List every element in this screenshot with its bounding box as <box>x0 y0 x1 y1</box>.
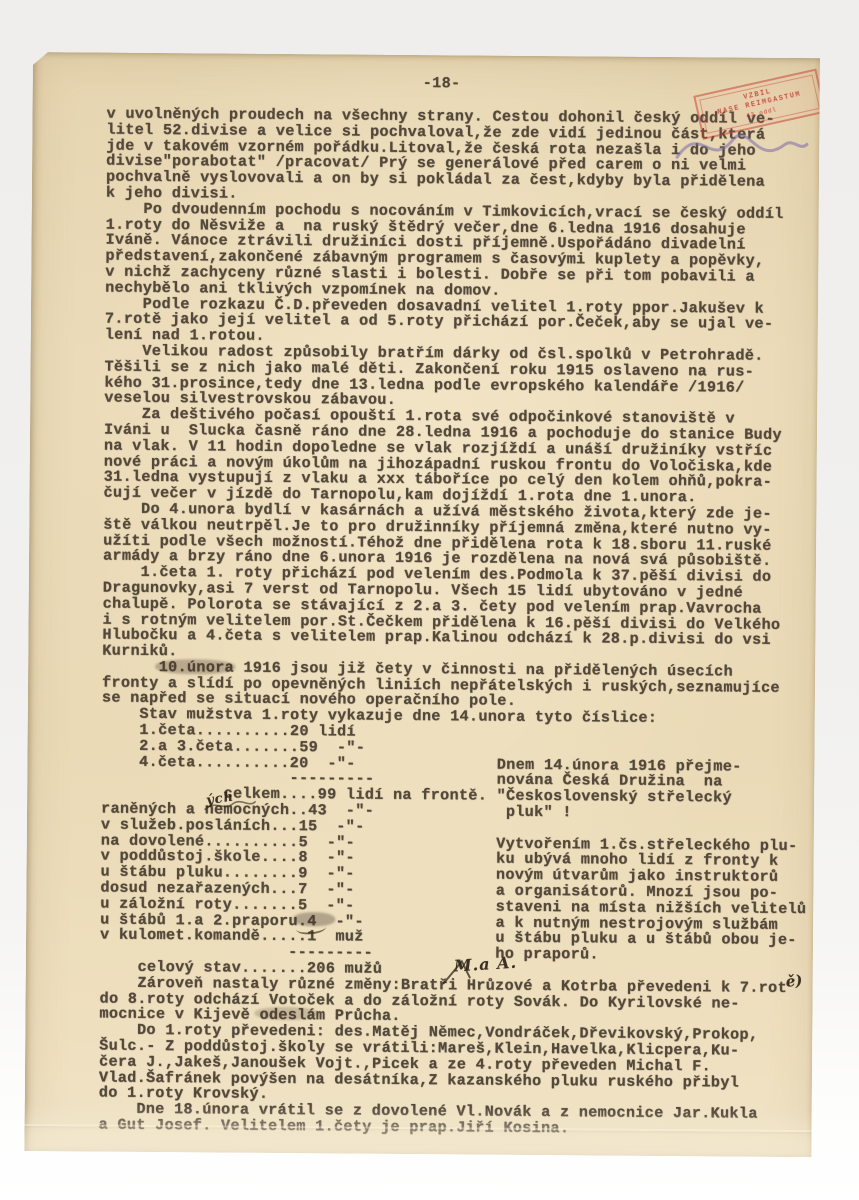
handwritten-initials: M.a A. <box>453 953 517 976</box>
handwritten-line-end-correction: ě) <box>785 971 803 991</box>
typewritten-text: v uvolněných proudech na všechny strany.… <box>25 106 813 1139</box>
page-number: -18- <box>423 76 461 92</box>
scan-background: { "page": { "number_label": "-18-", "lin… <box>0 0 859 1200</box>
document-page: -18- v uvolněných proudech na všechny st… <box>24 52 820 1157</box>
